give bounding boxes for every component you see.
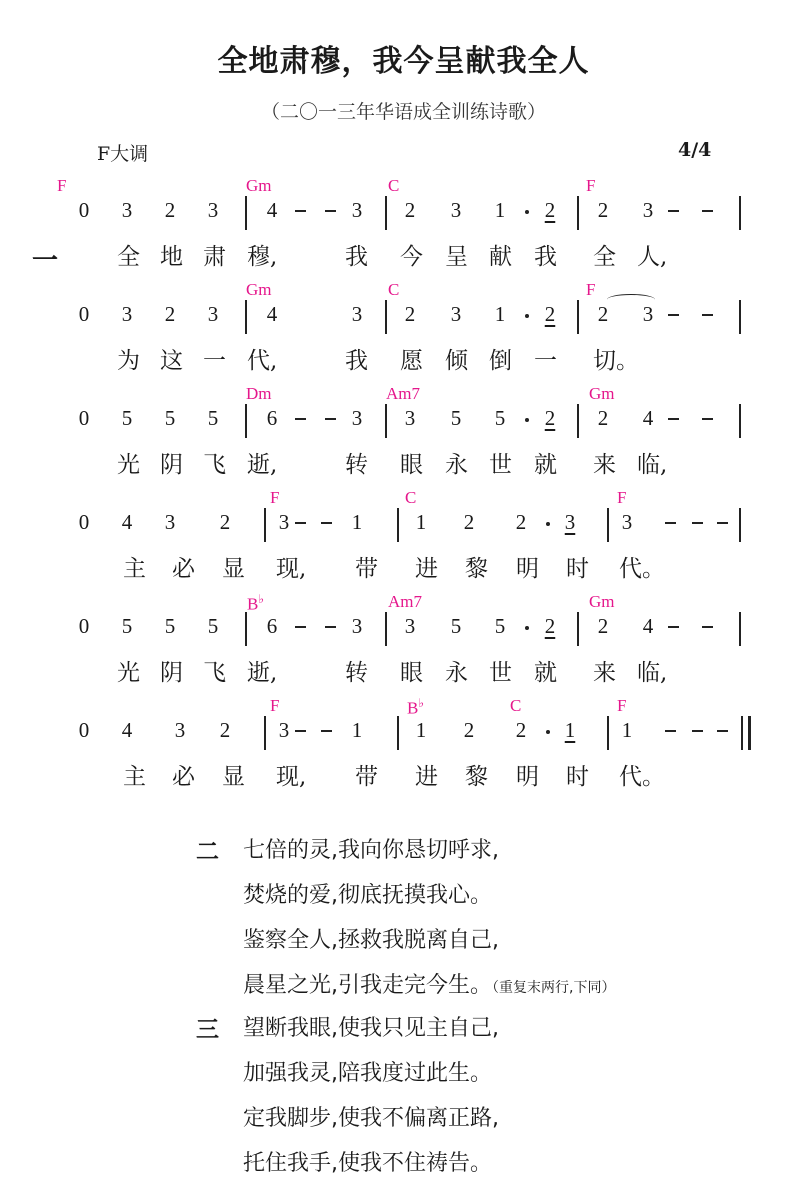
chord-symbol: C bbox=[388, 280, 399, 300]
lyric-syllable: 世 bbox=[489, 446, 512, 479]
note: 5 bbox=[117, 614, 137, 639]
lyric-syllable: 就 bbox=[534, 654, 557, 687]
chord-symbol: Gm bbox=[589, 592, 615, 612]
augmentation-dot bbox=[525, 210, 529, 214]
chord-symbol: Dm bbox=[246, 384, 272, 404]
chord-symbol: F bbox=[617, 696, 626, 716]
barline bbox=[607, 716, 609, 750]
lyric-syllable: 全 bbox=[593, 238, 616, 271]
lyric-syllable: 我 bbox=[534, 238, 557, 271]
extension-dash bbox=[295, 626, 306, 628]
key-signature: F大调 bbox=[97, 139, 148, 166]
lyric-syllable: 必 bbox=[172, 550, 195, 583]
lyric-syllable: 呈 bbox=[445, 238, 468, 271]
lyric-syllable: 这 bbox=[160, 342, 183, 375]
note: 2 bbox=[400, 302, 420, 327]
lyric-syllable: 主 bbox=[123, 758, 146, 791]
extension-dash bbox=[295, 730, 306, 732]
extension-dash bbox=[717, 730, 728, 732]
lyric-syllable: 时 bbox=[566, 550, 589, 583]
note: 4 bbox=[117, 510, 137, 535]
repeat-note: （重复末两行,下同） bbox=[492, 980, 615, 996]
note: 3 bbox=[347, 406, 367, 431]
score-system: FGmCF032343231223全地肃穆,我今呈献我全人, bbox=[0, 176, 807, 280]
final-barline bbox=[748, 716, 751, 750]
chord-symbol: Am7 bbox=[388, 592, 422, 612]
chord-symbol: B♭ bbox=[407, 696, 424, 719]
barline bbox=[385, 404, 387, 438]
barline bbox=[577, 196, 579, 230]
barline bbox=[739, 300, 741, 334]
note: 5 bbox=[117, 406, 137, 431]
lyric-syllable: 主 bbox=[123, 550, 146, 583]
note: 2 bbox=[593, 614, 613, 639]
lyric-syllable: 今 bbox=[400, 238, 423, 271]
barline bbox=[577, 404, 579, 438]
lyric-syllable: 飞 bbox=[203, 654, 226, 687]
lyric-syllable: 永 bbox=[445, 654, 468, 687]
extension-dash bbox=[668, 314, 679, 316]
extension-dash bbox=[295, 522, 306, 524]
chord-symbol: F bbox=[586, 280, 595, 300]
lyric-syllable: 倾 bbox=[445, 342, 468, 375]
stanza-line: 鉴察全人,拯救我脱离自己, bbox=[243, 923, 499, 954]
note: 2 bbox=[540, 614, 560, 639]
stanza-line: 晨星之光,引我走完今生。（重复末两行,下同） bbox=[243, 968, 615, 999]
chord-symbol: C bbox=[388, 176, 399, 196]
lyric-syllable: 代, bbox=[247, 342, 277, 375]
lyric-syllable: 临, bbox=[637, 446, 667, 479]
augmentation-dot bbox=[525, 314, 529, 318]
lyric-syllable: 光 bbox=[117, 654, 140, 687]
note: 2 bbox=[215, 718, 235, 743]
note: 5 bbox=[490, 614, 510, 639]
extension-dash bbox=[668, 210, 679, 212]
note: 3 bbox=[347, 302, 367, 327]
score-system: B♭Am7Gm055563355224光阴飞逝,转眼永世就来临, bbox=[0, 592, 807, 696]
lyric-syllable: 黎 bbox=[465, 758, 488, 791]
note: 1 bbox=[560, 718, 580, 743]
lyric-syllable: 就 bbox=[534, 446, 557, 479]
barline bbox=[245, 300, 247, 334]
barline bbox=[607, 508, 609, 542]
augmentation-dot bbox=[546, 522, 550, 526]
note: 2 bbox=[593, 406, 613, 431]
barline bbox=[577, 612, 579, 646]
note: 5 bbox=[203, 406, 223, 431]
note: 2 bbox=[511, 718, 531, 743]
lyric-syllable: 必 bbox=[172, 758, 195, 791]
song-subtitle: （二〇一三年华语成全训练诗歌） bbox=[0, 97, 807, 124]
lyric-syllable: 一 bbox=[203, 342, 226, 375]
chord-symbol: Gm bbox=[246, 280, 272, 300]
lyric-syllable: 我 bbox=[345, 238, 368, 271]
note: 1 bbox=[347, 510, 367, 535]
lyric-syllable: 转 bbox=[345, 446, 368, 479]
note: 3 bbox=[638, 302, 658, 327]
tie-slur bbox=[607, 294, 655, 305]
chord-symbol: F bbox=[270, 488, 279, 508]
note: 2 bbox=[540, 198, 560, 223]
lyric-syllable: 为 bbox=[117, 342, 140, 375]
note: 2 bbox=[459, 510, 479, 535]
lyric-syllable: 肃 bbox=[203, 238, 226, 271]
chord-symbol: B♭ bbox=[247, 592, 264, 615]
stanza-line: 定我脚步,使我不偏离正路, bbox=[243, 1101, 499, 1132]
lyric-syllable: 显 bbox=[222, 758, 245, 791]
note: 3 bbox=[347, 198, 367, 223]
lyric-syllable: 逝, bbox=[247, 446, 277, 479]
note: 1 bbox=[490, 302, 510, 327]
lyric-syllable: 眼 bbox=[400, 446, 423, 479]
stanza-line: 焚烧的爱,彻底抚摸我心。 bbox=[243, 878, 492, 909]
barline bbox=[739, 508, 741, 542]
extension-dash bbox=[668, 626, 679, 628]
note: 3 bbox=[203, 302, 223, 327]
extension-dash bbox=[665, 522, 676, 524]
lyric-syllable: 地 bbox=[160, 238, 183, 271]
barline bbox=[397, 716, 399, 750]
note: 2 bbox=[511, 510, 531, 535]
barline bbox=[741, 716, 743, 750]
note: 3 bbox=[347, 614, 367, 639]
lyric-syllable: 时 bbox=[566, 758, 589, 791]
lyric-syllable: 带 bbox=[355, 758, 378, 791]
note: 1 bbox=[617, 718, 637, 743]
note: 3 bbox=[274, 718, 294, 743]
lyric-syllable: 临, bbox=[637, 654, 667, 687]
note: 5 bbox=[203, 614, 223, 639]
lyric-syllable: 愿 bbox=[400, 342, 423, 375]
note: 2 bbox=[459, 718, 479, 743]
lyric-syllable: 来 bbox=[593, 654, 616, 687]
note: 1 bbox=[347, 718, 367, 743]
lyric-syllable: 一 bbox=[534, 342, 557, 375]
lyric-syllable: 穆, bbox=[247, 238, 277, 271]
barline bbox=[264, 508, 266, 542]
lyric-syllable: 眼 bbox=[400, 654, 423, 687]
barline bbox=[245, 404, 247, 438]
lyric-syllable: 人, bbox=[637, 238, 667, 271]
lyric-syllable: 阴 bbox=[160, 446, 183, 479]
extension-dash bbox=[325, 626, 336, 628]
augmentation-dot bbox=[525, 626, 529, 630]
extension-dash bbox=[295, 210, 306, 212]
stanza-line: 望断我眼,使我只见主自己, bbox=[243, 1011, 499, 1042]
chord-symbol: F bbox=[586, 176, 595, 196]
note: 2 bbox=[400, 198, 420, 223]
chord-symbol: Gm bbox=[246, 176, 272, 196]
barline bbox=[397, 508, 399, 542]
note: 1 bbox=[411, 510, 431, 535]
note: 0 bbox=[74, 406, 94, 431]
song-title: 全地肃穆，我今呈献我全人 bbox=[0, 36, 807, 80]
lyric-syllable: 现, bbox=[276, 550, 306, 583]
lyric-syllable: 飞 bbox=[203, 446, 226, 479]
lyric-syllable: 现, bbox=[276, 758, 306, 791]
note: 0 bbox=[74, 510, 94, 535]
stanza-line: 加强我灵,陪我度过此生。 bbox=[243, 1056, 492, 1087]
note: 5 bbox=[160, 406, 180, 431]
lyric-syllable: 我 bbox=[345, 342, 368, 375]
note: 4 bbox=[638, 614, 658, 639]
note: 3 bbox=[560, 510, 580, 535]
note: 3 bbox=[160, 510, 180, 535]
note: 3 bbox=[446, 198, 466, 223]
note: 2 bbox=[215, 510, 235, 535]
extension-dash bbox=[325, 418, 336, 420]
note: 3 bbox=[400, 406, 420, 431]
lyric-syllable: 进 bbox=[415, 550, 438, 583]
stanza-line: 托住我手,使我不住祷告。 bbox=[243, 1146, 492, 1177]
extension-dash bbox=[702, 626, 713, 628]
augmentation-dot bbox=[546, 730, 550, 734]
note: 1 bbox=[490, 198, 510, 223]
note: 5 bbox=[490, 406, 510, 431]
barline bbox=[739, 196, 741, 230]
lyric-syllable: 献 bbox=[489, 238, 512, 271]
extension-dash bbox=[321, 730, 332, 732]
score-system: FCF04323112233主必显现,带进黎明时代。 bbox=[0, 488, 807, 592]
lyric-syllable: 来 bbox=[593, 446, 616, 479]
stanza-line: 七倍的灵,我向你恳切呼求, bbox=[243, 833, 499, 864]
lyric-syllable: 转 bbox=[345, 654, 368, 687]
lyric-syllable: 永 bbox=[445, 446, 468, 479]
note: 5 bbox=[446, 614, 466, 639]
extension-dash bbox=[665, 730, 676, 732]
lyric-syllable: 进 bbox=[415, 758, 438, 791]
score-system: DmAm7Gm055563355224光阴飞逝,转眼永世就来临, bbox=[0, 384, 807, 488]
chord-symbol: Gm bbox=[589, 384, 615, 404]
extension-dash bbox=[692, 522, 703, 524]
extension-dash bbox=[668, 418, 679, 420]
note: 2 bbox=[593, 302, 613, 327]
lyric-syllable: 黎 bbox=[465, 550, 488, 583]
barline bbox=[245, 196, 247, 230]
stanza-number: 三 bbox=[196, 1011, 219, 1044]
note: 0 bbox=[74, 718, 94, 743]
note: 0 bbox=[74, 198, 94, 223]
lyric-syllable: 带 bbox=[355, 550, 378, 583]
chord-symbol: Am7 bbox=[386, 384, 420, 404]
barline bbox=[739, 404, 741, 438]
stanza-line-text: 晨星之光,引我走完今生。 bbox=[243, 973, 492, 998]
note: 4 bbox=[638, 406, 658, 431]
barline bbox=[739, 612, 741, 646]
extension-dash bbox=[717, 522, 728, 524]
chord-symbol: C bbox=[405, 488, 416, 508]
lyric-syllable: 代。 bbox=[619, 550, 665, 583]
time-signature: 4/4 bbox=[678, 139, 711, 161]
note: 1 bbox=[411, 718, 431, 743]
note: 2 bbox=[593, 198, 613, 223]
note: 3 bbox=[446, 302, 466, 327]
note: 3 bbox=[170, 718, 190, 743]
score-system: GmCF032343231223为这一代,我愿倾倒一切。 bbox=[0, 280, 807, 384]
chord-symbol: F bbox=[57, 176, 66, 196]
extension-dash bbox=[702, 314, 713, 316]
score-system: FB♭CF04323112211主必显现,带进黎明时代。 bbox=[0, 696, 807, 800]
note: 2 bbox=[160, 302, 180, 327]
note: 3 bbox=[203, 198, 223, 223]
extension-dash bbox=[295, 418, 306, 420]
extension-dash bbox=[702, 210, 713, 212]
note: 3 bbox=[117, 198, 137, 223]
lyric-syllable: 显 bbox=[222, 550, 245, 583]
note: 4 bbox=[117, 718, 137, 743]
note: 2 bbox=[540, 406, 560, 431]
note: 6 bbox=[262, 614, 282, 639]
lyric-syllable: 逝, bbox=[247, 654, 277, 687]
lyric-syllable: 切。 bbox=[593, 342, 639, 375]
lyric-syllable: 世 bbox=[489, 654, 512, 687]
note: 3 bbox=[617, 510, 637, 535]
extension-dash bbox=[702, 418, 713, 420]
note: 5 bbox=[160, 614, 180, 639]
augmentation-dot bbox=[525, 418, 529, 422]
lyric-syllable: 阴 bbox=[160, 654, 183, 687]
extension-dash bbox=[692, 730, 703, 732]
note: 4 bbox=[262, 302, 282, 327]
chord-symbol: F bbox=[617, 488, 626, 508]
lyric-syllable: 光 bbox=[117, 446, 140, 479]
note: 3 bbox=[117, 302, 137, 327]
barline bbox=[385, 196, 387, 230]
extension-dash bbox=[321, 522, 332, 524]
lyric-syllable: 倒 bbox=[489, 342, 512, 375]
barline bbox=[385, 612, 387, 646]
stanza-number: 二 bbox=[196, 833, 219, 866]
barline bbox=[264, 716, 266, 750]
lyric-syllable: 代。 bbox=[619, 758, 665, 791]
note: 6 bbox=[262, 406, 282, 431]
note: 3 bbox=[638, 198, 658, 223]
note: 5 bbox=[446, 406, 466, 431]
lyric-syllable: 明 bbox=[516, 550, 539, 583]
note: 2 bbox=[540, 302, 560, 327]
barline bbox=[245, 612, 247, 646]
extension-dash bbox=[325, 210, 336, 212]
lyric-syllable: 明 bbox=[516, 758, 539, 791]
chord-symbol: C bbox=[510, 696, 521, 716]
barline bbox=[385, 300, 387, 334]
note: 0 bbox=[74, 302, 94, 327]
note: 4 bbox=[262, 198, 282, 223]
note: 2 bbox=[160, 198, 180, 223]
barline bbox=[577, 300, 579, 334]
lyric-syllable: 全 bbox=[117, 238, 140, 271]
chord-symbol: F bbox=[270, 696, 279, 716]
note: 3 bbox=[274, 510, 294, 535]
note: 0 bbox=[74, 614, 94, 639]
note: 3 bbox=[400, 614, 420, 639]
